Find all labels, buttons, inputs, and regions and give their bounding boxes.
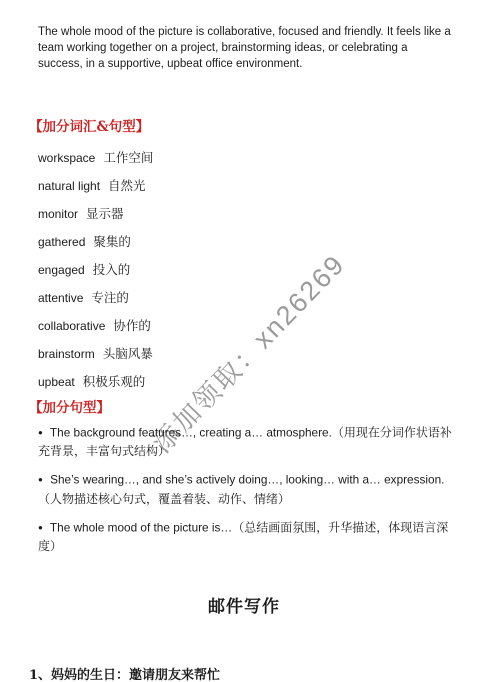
pattern-sentence: The background features…, creating a… at… xyxy=(50,425,332,439)
vocab-translation: 聚集的 xyxy=(93,234,131,250)
pattern-bullet: ● She’s wearing…, and she’s actively doi… xyxy=(38,470,452,509)
vocab-term: upbeat xyxy=(38,374,75,390)
vocab-translation: 专注的 xyxy=(91,290,129,306)
document-content: The whole mood of the picture is collabo… xyxy=(0,0,480,682)
vocab-row: engaged 投入的 xyxy=(38,262,450,278)
intro-paragraph: The whole mood of the picture is collabo… xyxy=(38,0,452,73)
vocab-translation: 自然光 xyxy=(108,178,146,194)
bullet-icon: ● xyxy=(38,428,43,437)
vocab-translation: 显示器 xyxy=(86,206,124,222)
vocab-translation: 头脑风暴 xyxy=(103,346,153,362)
vocab-row: brainstorm 头脑风暴 xyxy=(38,346,450,362)
vocab-term: attentive xyxy=(38,290,83,306)
email-writing-heading: 邮件写作 xyxy=(38,592,450,617)
vocab-term: monitor xyxy=(38,206,78,222)
pattern-sentence: The whole mood of the picture is… xyxy=(50,520,232,534)
vocab-translation: 投入的 xyxy=(93,262,131,278)
vocab-row: workspace 工作空间 xyxy=(38,150,450,166)
bullet-icon: ● xyxy=(38,475,43,484)
pattern-bullet: ● The whole mood of the picture is…（总结画面… xyxy=(38,518,452,557)
pattern-sentence: She’s wearing…, and she’s actively doing… xyxy=(50,473,444,487)
section-header-vocab: 【加分词汇&句型】 xyxy=(29,119,450,136)
bullet-icon: ● xyxy=(38,523,43,532)
pattern-bullet: ● The background features…, creating a… … xyxy=(38,423,452,462)
vocab-term: engaged xyxy=(38,262,85,278)
document-page: 添加领取：xn26269 The whole mood of the pictu… xyxy=(0,0,480,682)
vocab-term: collaborative xyxy=(38,318,105,334)
vocab-translation: 工作空间 xyxy=(103,150,153,166)
vocab-row: natural light 自然光 xyxy=(38,178,450,194)
vocab-translation: 积极乐观的 xyxy=(83,374,146,390)
vocab-list: workspace 工作空间 natural light 自然光 monitor… xyxy=(38,150,450,390)
pattern-note: （人物描述核心句式，覆盖着装、动作、情绪） xyxy=(38,492,290,506)
vocab-term: gathered xyxy=(38,234,85,250)
section-header-patterns: 【加分句型】 xyxy=(29,400,450,417)
vocab-term: brainstorm xyxy=(38,346,95,362)
email-topic-1: 1、妈妈的生日：邀请朋友来帮忙 xyxy=(29,664,450,682)
vocab-row: collaborative 协作的 xyxy=(38,318,450,334)
vocab-term: natural light xyxy=(38,178,100,194)
vocab-term: workspace xyxy=(38,150,95,166)
vocab-translation: 协作的 xyxy=(113,318,151,334)
vocab-row: attentive 专注的 xyxy=(38,290,450,306)
vocab-row: monitor 显示器 xyxy=(38,206,450,222)
vocab-row: gathered 聚集的 xyxy=(38,234,450,250)
vocab-row: upbeat 积极乐观的 xyxy=(38,374,450,390)
